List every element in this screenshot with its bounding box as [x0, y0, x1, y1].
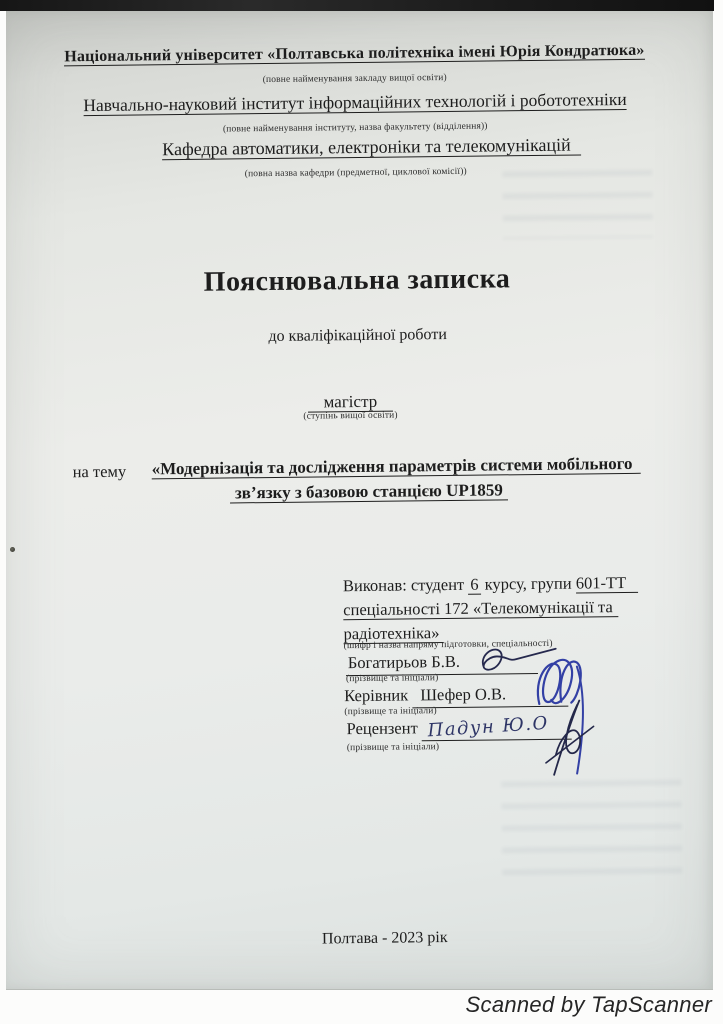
topic-line2: зв’язку з базовою станцією UP1859 — [230, 480, 508, 503]
scan-speck — [10, 547, 15, 552]
reviewer-label: Рецензент — [346, 718, 417, 738]
specialty-line1: спеціальності 172 «Телекомунікації та — [343, 595, 638, 622]
bleed-through-ghost — [502, 170, 653, 240]
institute-name-text: Навчально-науковий інститут інформаційни… — [83, 89, 627, 116]
performed-mid: курсу, групи — [485, 574, 572, 594]
scanner-watermark: Scanned by TapScanner — [466, 992, 712, 1018]
degree-value: магістр — [307, 392, 393, 413]
university-name-text: Національний університет «Полтавська пол… — [64, 42, 645, 67]
reviewer-signature — [541, 694, 598, 781]
document-content: Національний університет «Полтавська пол… — [0, 7, 718, 993]
supervisor-label: Керівник — [344, 685, 408, 705]
reviewer-caption: (прізвище та ініціали) — [347, 742, 440, 753]
footer-city-year: Полтава - 2023 рік — [322, 929, 448, 948]
topic-label: на тему — [73, 462, 127, 483]
performed-line: Виконав: студент 6 курсу, групи 601-ТТ — [343, 571, 638, 598]
department-name: Кафедра автоматики, електроніки та телек… — [18, 133, 723, 162]
topic-line1: «Модернізація та дослідження параметрів … — [152, 454, 641, 480]
credits-block: Виконав: студент 6 курсу, групи 601-ТТ с… — [343, 571, 639, 646]
bleed-through-ghost — [501, 779, 682, 885]
page-subtitle: до кваліфікаційної роботи — [4, 323, 711, 349]
document-sheet: Національний університет «Полтавська пол… — [6, 11, 713, 990]
group-value: 601-ТТ — [576, 573, 639, 594]
institute-name: Навчально-науковий інститут інформаційни… — [1, 88, 708, 117]
course-value: 6 — [468, 575, 480, 595]
specialty-line1-text: спеціальності 172 «Телекомунікації та — [343, 597, 619, 620]
scanned-page: Національний університет «Полтавська пол… — [0, 0, 723, 1024]
performed-prefix: Виконав: студент — [343, 575, 464, 595]
university-name: Національний університет «Полтавська пол… — [1, 41, 708, 67]
topic-line2-text: зв’язку з базовою станцією UP1859 — [230, 480, 508, 503]
university-caption: (повне найменування закладу вищої освіти… — [1, 70, 708, 88]
topic-line1-text: «Модернізація та дослідження параметрів … — [152, 454, 641, 480]
department-name-text: Кафедра автоматики, електроніки та телек… — [162, 134, 581, 160]
page-title: Пояснювальна записка — [3, 261, 710, 301]
